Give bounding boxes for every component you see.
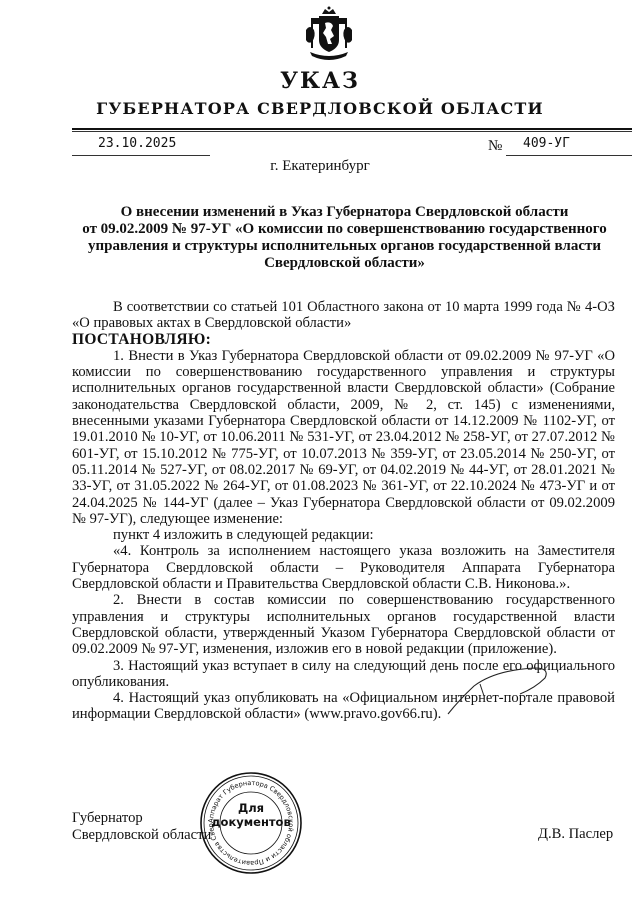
- signatory-name: Д.В. Паслер: [538, 826, 613, 843]
- heading-line: от 09.02.2009 № 97-УГ «О комиссии по сов…: [72, 221, 617, 238]
- stamp-line: документов: [199, 815, 303, 829]
- item-1-quote: «4. Контроль за исполнением настоящего у…: [72, 543, 615, 592]
- decree-number: 409-УГ: [523, 136, 570, 151]
- document-type-title: УКАЗ: [0, 68, 640, 94]
- position-line: Губернатор: [72, 810, 211, 827]
- decree-page: УКАЗ ГУБЕРНАТОРА СВЕРДЛОВСКОЙ ОБЛАСТИ 23…: [0, 0, 640, 905]
- preamble: В соответствии со статьей 101 Областного…: [72, 299, 615, 332]
- item-1-sub: пункт 4 изложить в следующей редакции:: [72, 527, 615, 543]
- decree-heading: О внесении изменений в Указ Губернатора …: [72, 204, 617, 272]
- decree-date: 23.10.2025: [98, 136, 176, 151]
- heading-line: О внесении изменений в Указ Губернатора …: [72, 204, 617, 221]
- decree-body: В соответствии со статьей 101 Областного…: [72, 299, 615, 723]
- heading-line: управления и структуры исполнительных ор…: [72, 238, 617, 255]
- item-2: 2. Внести в состав комиссии по совершенс…: [72, 592, 615, 657]
- position-line: Свердловской области: [72, 827, 211, 844]
- number-label: №: [488, 138, 502, 155]
- number-underline: [506, 155, 632, 156]
- stamp-line: Для: [199, 801, 303, 815]
- city: г. Екатеринбург: [0, 158, 640, 175]
- signatory-position: Губернатор Свердловской области: [72, 810, 211, 844]
- heading-line: Свердловской области»: [72, 255, 617, 272]
- handwritten-mark: [440, 664, 570, 724]
- coat-of-arms-icon: [302, 6, 356, 64]
- official-stamp: Аппарат Губернатора Свердловской области…: [199, 771, 303, 875]
- header-divider: [72, 128, 632, 130]
- item-1: 1. Внести в Указ Губернатора Свердловско…: [72, 348, 615, 527]
- stamp-center-text: Для документов: [199, 801, 303, 829]
- header-divider-thin: [72, 131, 632, 132]
- date-underline: [72, 155, 210, 156]
- issuer-title: ГУБЕРНАТОРА СВЕРДЛОВСКОЙ ОБЛАСТИ: [0, 99, 640, 118]
- decree-word: ПОСТАНОВЛЯЮ:: [72, 332, 615, 348]
